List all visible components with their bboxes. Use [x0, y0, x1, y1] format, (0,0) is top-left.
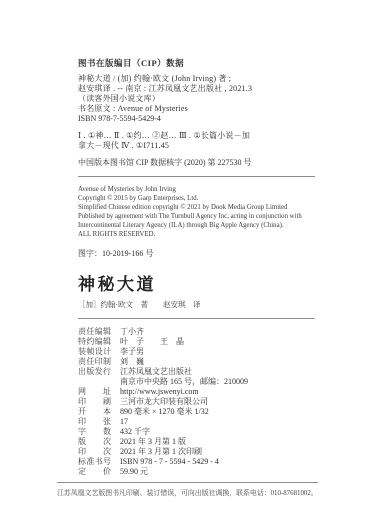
colophon-row: 特约编辑叶 子 王 晶 — [78, 337, 315, 347]
isbn-line: ISBN 978-7-5594-5429-4 — [78, 114, 315, 124]
copyright-line: Avenue of Mysteries by John Irving — [78, 185, 315, 194]
cip-line: （读客外国小说文库） — [78, 94, 315, 104]
colophon-value: ISBN 978 - 7 - 5594 - 5429 - 4 — [120, 457, 219, 466]
colophon-row: 出版发行江苏凤凰文艺出版社 — [78, 367, 315, 377]
colophon-row: 印张17 — [78, 417, 315, 427]
colophon-value: 丁小齐 — [120, 327, 144, 336]
colophon-row: 装帧设计李子男 — [78, 347, 315, 357]
colophon-value: 三河市龙大印装有限公司 — [120, 397, 208, 406]
colophon-row: 南京市中央路 165 号，邮编：210009 — [78, 377, 315, 387]
cip-classification: Ⅰ . ①神… Ⅱ . ①约… ②赵… Ⅲ . ①长篇小说－加 拿大－现代 Ⅳ … — [78, 131, 315, 151]
colophon-row: 印次2021 年 3 月第 1 次印刷 — [78, 447, 315, 457]
classification-line: Ⅰ . ①神… Ⅱ . ①约… ②赵… Ⅲ . ①长篇小说－加 — [78, 131, 315, 141]
cip-description: 神秘大道 / (加) 约翰·欧文 (John Irving) 著 ; 赵安琪译 … — [78, 74, 315, 124]
colophon-label: 责任编辑 — [78, 327, 111, 337]
colophon-label: 开本 — [78, 407, 111, 417]
copyright-line: Intercontinental Literary Agency (ILA) t… — [78, 221, 315, 230]
colophon-value: 2021 年 3 月第 1 次印刷 — [120, 447, 202, 456]
colophon-row: 定价59.90 元 — [78, 467, 315, 477]
colophon-label: 版次 — [78, 437, 111, 447]
colophon-label: 责任印制 — [78, 357, 111, 367]
colophon-label: 网址 — [78, 387, 111, 397]
colophon-label: 印刷 — [78, 397, 111, 407]
copyright-notice: Avenue of Mysteries by John Irving Copyr… — [78, 185, 315, 239]
book-title: 神秘大道 — [78, 274, 315, 296]
cip-line: 赵安琪译 . -- 南京 : 江苏凤凰文艺出版社 , 2021.3 — [78, 84, 315, 94]
copyright-line: ALL RIGHTS RESERVED. — [78, 230, 315, 239]
colophon-row: 印刷三河市龙大印装有限公司 — [78, 397, 315, 407]
colophon-value: 李子男 — [120, 347, 144, 356]
colophon-label: 字数 — [78, 427, 111, 437]
copyright-page: 图书在版编目（CIP）数据 神秘大道 / (加) 约翰·欧文 (John Irv… — [0, 0, 375, 531]
license-number: 图字：10-2019-166 号 — [78, 249, 315, 259]
divider — [78, 318, 315, 319]
colophon-label: 特约编辑 — [78, 337, 111, 347]
cip-line: 神秘大道 / (加) 约翰·欧文 (John Irving) 著 ; — [78, 74, 315, 84]
cip-record-number: 中国版本图书馆 CIP 数据核字 (2020) 第 227530 号 — [78, 158, 315, 168]
byline: ［加］约翰·欧文 著 赵安琪 译 — [78, 299, 315, 310]
colophon-value: 432 千字 — [120, 427, 150, 436]
colophon-value: 叶 子 王 晶 — [120, 337, 184, 346]
colophon-value: 17 — [120, 417, 128, 426]
colophon-value: 890 毫米 × 1270 毫米 1/32 — [120, 407, 209, 416]
colophon-label: 印次 — [78, 447, 111, 457]
colophon-value: http://www.jswenyi.com — [120, 387, 199, 396]
colophon-value: 2021 年 3 月第 1 版 — [120, 437, 186, 446]
cip-header: 图书在版编目（CIP）数据 — [78, 58, 315, 68]
copyright-line: Published by agreement with The Turnbull… — [78, 212, 315, 221]
colophon-row: 开本890 毫米 × 1270 毫米 1/32 — [78, 407, 315, 417]
colophon-label: 标准书号 — [78, 457, 111, 467]
copyright-line: Copyright © 2015 by Garp Enterprises, Lt… — [78, 194, 315, 203]
colophon-row: 责任编辑丁小齐 — [78, 327, 315, 337]
colophon-label: 印张 — [78, 417, 111, 427]
divider — [57, 482, 318, 483]
classification-line: 拿大－现代 Ⅳ . ①I711.45 — [78, 141, 315, 151]
colophon-label: 装帧设计 — [78, 347, 111, 357]
colophon-row: 版次2021 年 3 月第 1 版 — [78, 437, 315, 447]
cip-line: 书名原文 : Avenue of Mysteries — [78, 104, 315, 114]
colophon-label: 出版发行 — [78, 367, 111, 377]
colophon-value: 江苏凤凰文艺出版社 — [120, 367, 192, 376]
colophon-row: 责任印制刘 巍 — [78, 357, 315, 367]
colophon-value: 南京市中央路 165 号，邮编：210009 — [120, 377, 248, 386]
colophon-value: 59.90 元 — [120, 467, 148, 476]
divider — [78, 176, 315, 177]
copyright-line: Simplified Chinese edition copyright © 2… — [78, 203, 315, 212]
footer-note: 江苏凤凰文艺版图书凡印刷、装订错误，可向出版社调换，联系电话：010-87681… — [57, 489, 319, 498]
colophon-value: 刘 巍 — [120, 357, 144, 366]
colophon-row: 网址http://www.jswenyi.com — [78, 387, 315, 397]
colophon-row: 标准书号ISBN 978 - 7 - 5594 - 5429 - 4 — [78, 457, 315, 467]
colophon-row: 字数432 千字 — [78, 427, 315, 437]
colophon: 责任编辑丁小齐 特约编辑叶 子 王 晶 装帧设计李子男 责任印制刘 巍 出版发行… — [78, 327, 315, 477]
colophon-label: 定价 — [78, 467, 111, 477]
